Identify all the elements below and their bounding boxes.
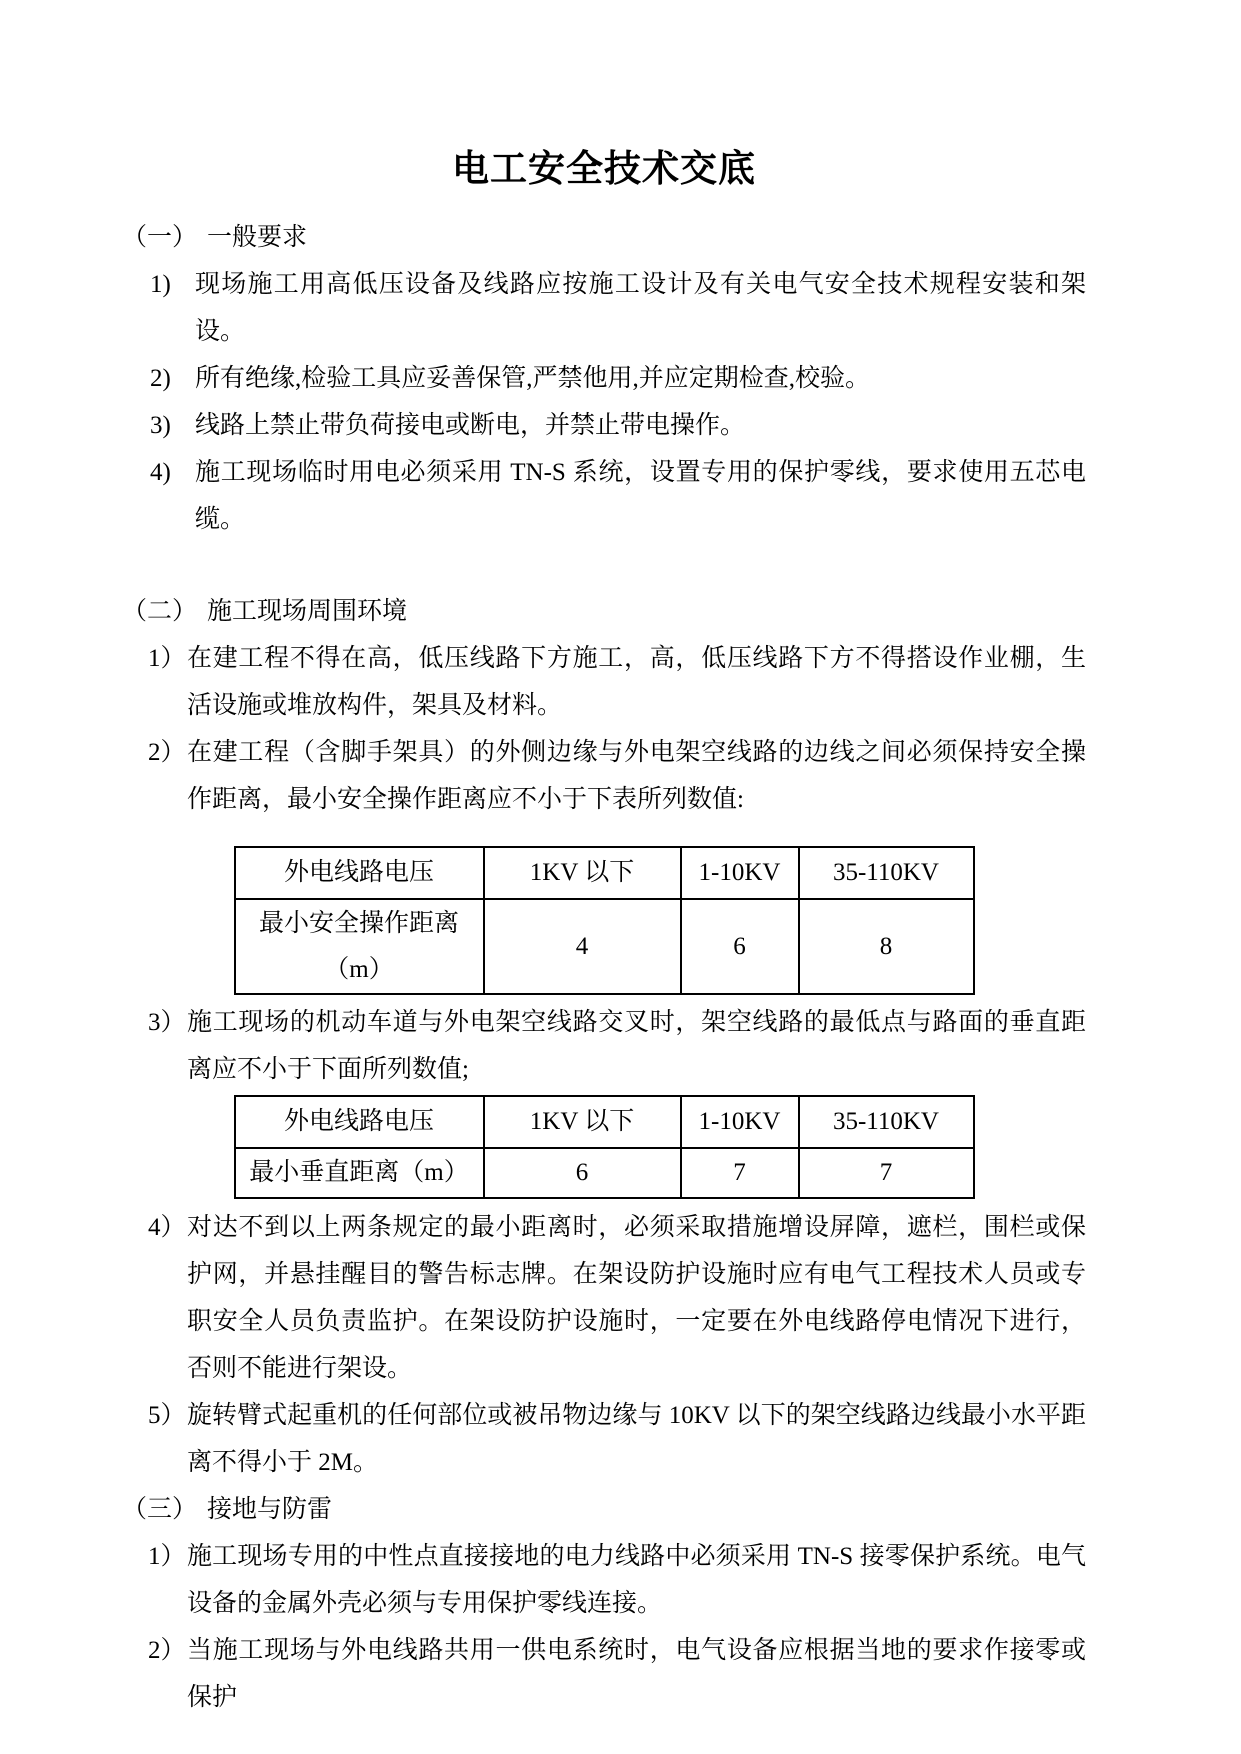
- item-number: 1）: [148, 635, 186, 682]
- section-title: 施工现场周围环境: [207, 598, 407, 625]
- table-cell: 6: [484, 1148, 681, 1198]
- list-item: 4) 施工现场临时用电必须采用 TN-S 系统，设置专用的保护零线，要求使用五芯…: [122, 449, 1086, 543]
- list-item: 2） 当施工现场与外电线路共用一供电系统时，电气设备应根据当地的要求作接零或保护: [122, 1627, 1086, 1721]
- table-header-cell: 35-110KV: [799, 847, 974, 899]
- item-number: 3）: [148, 999, 186, 1046]
- table-header-cell: 35-110KV: [799, 1096, 974, 1148]
- item-text: 所有绝缘,检验工具应妥善保管,严禁他用,并应定期检查,校验。: [195, 365, 870, 392]
- section-number: （一）: [122, 224, 197, 251]
- table-header-cell: 外电线路电压: [235, 847, 484, 899]
- min-vertical-distance-table: 外电线路电压 1KV 以下 1-10KV 35-110KV 最小垂直距离（m） …: [234, 1095, 975, 1199]
- section-heading-grounding-lightning: （三）接地与防雷: [122, 1486, 1086, 1533]
- table-row: 最小安全操作距离 （m） 4 6 8: [235, 899, 974, 994]
- table-cell: 6: [681, 899, 799, 994]
- table-row: 最小垂直距离（m） 6 7 7: [235, 1148, 974, 1198]
- section-title: 接地与防雷: [207, 1496, 332, 1523]
- table-header-cell: 1-10KV: [681, 1096, 799, 1148]
- table-header-cell: 1-10KV: [681, 847, 799, 899]
- item-number: 2）: [148, 729, 186, 776]
- list-item: 3） 施工现场的机动车道与外电架空线路交叉时，架空线路的最低点与路面的垂直距离应…: [122, 999, 1086, 1093]
- item-text: 对达不到以上两条规定的最小距离时，必须采取措施增设屏障，遮栏，围栏或保护网，并悬…: [187, 1214, 1086, 1382]
- document-title: 电工安全技术交底: [122, 0, 1086, 196]
- table-cell: 4: [484, 899, 681, 994]
- table-cell: 最小垂直距离（m）: [235, 1148, 484, 1198]
- item-text: 在建工程（含脚手架具）的外侧边缘与外电架空线路的边线之间必须保持安全操作距离，最…: [187, 739, 1086, 813]
- section-heading-general-requirements: （一）一般要求: [122, 214, 1086, 261]
- item-number: 1): [150, 261, 171, 308]
- section-title: 一般要求: [207, 224, 307, 251]
- list-item: 2） 在建工程（含脚手架具）的外侧边缘与外电架空线路的边线之间必须保持安全操作距…: [122, 729, 1086, 823]
- item-text: 施工现场专用的中性点直接接地的电力线路中必须采用 TN-S 接零保护系统。电气设…: [187, 1543, 1086, 1617]
- section-number: （二）: [122, 598, 197, 625]
- section-heading-site-environment: （二）施工现场周围环境: [122, 588, 1086, 635]
- item-text: 旋转臂式起重机的任何部位或被吊物边缘与 10KV 以下的架空线路边线最小水平距离…: [187, 1402, 1086, 1476]
- table-header-cell: 1KV 以下: [484, 847, 681, 899]
- list-item: 1) 现场施工用高低压设备及线路应按施工设计及有关电气安全技术规程安装和架设。: [122, 261, 1086, 355]
- table-header-cell: 1KV 以下: [484, 1096, 681, 1148]
- list-item: 1） 在建工程不得在高，低压线路下方施工，高，低压线路下方不得搭设作业棚，生活设…: [122, 635, 1086, 729]
- item-text: 施工现场临时用电必须采用 TN-S 系统，设置专用的保护零线，要求使用五芯电缆。: [195, 459, 1086, 533]
- item-number: 5）: [148, 1392, 186, 1439]
- list-item: 3) 线路上禁止带负荷接电或断电，并禁止带电操作。: [122, 402, 1086, 449]
- item-text: 现场施工用高低压设备及线路应按施工设计及有关电气安全技术规程安装和架设。: [195, 271, 1086, 345]
- item-number: 4）: [148, 1204, 186, 1251]
- list-item: 4） 对达不到以上两条规定的最小距离时，必须采取措施增设屏障，遮栏，围栏或保护网…: [122, 1204, 1086, 1392]
- item-number: 2): [150, 355, 171, 402]
- list-item: 2) 所有绝缘,检验工具应妥善保管,严禁他用,并应定期检查,校验。: [122, 355, 1086, 402]
- item-text: 当施工现场与外电线路共用一供电系统时，电气设备应根据当地的要求作接零或保护: [187, 1637, 1086, 1711]
- list-item: 5） 旋转臂式起重机的任何部位或被吊物边缘与 10KV 以下的架空线路边线最小水…: [122, 1392, 1086, 1486]
- table-header-row: 外电线路电压 1KV 以下 1-10KV 35-110KV: [235, 1096, 974, 1148]
- table-header-cell: 外电线路电压: [235, 1096, 484, 1148]
- item-text: 施工现场的机动车道与外电架空线路交叉时，架空线路的最低点与路面的垂直距离应不小于…: [187, 1009, 1086, 1083]
- section-number: （三）: [122, 1496, 197, 1523]
- item-number: 2）: [148, 1627, 186, 1674]
- item-number: 3): [150, 402, 171, 449]
- table-cell: 7: [799, 1148, 974, 1198]
- table-cell: 最小安全操作距离 （m）: [235, 899, 484, 994]
- item-text: 线路上禁止带负荷接电或断电，并禁止带电操作。: [195, 412, 745, 439]
- table-cell: 7: [681, 1148, 799, 1198]
- item-text: 在建工程不得在高，低压线路下方施工，高，低压线路下方不得搭设作业棚，生活设施或堆…: [187, 645, 1086, 719]
- table-header-row: 外电线路电压 1KV 以下 1-10KV 35-110KV: [235, 847, 974, 899]
- item-number: 1）: [148, 1533, 186, 1580]
- item-number: 4): [150, 449, 171, 496]
- document-page: 电工安全技术交底 （一）一般要求 1) 现场施工用高低压设备及线路应按施工设计及…: [0, 0, 1241, 1754]
- min-safe-operating-distance-table: 外电线路电压 1KV 以下 1-10KV 35-110KV 最小安全操作距离 （…: [234, 846, 975, 995]
- list-item: 1） 施工现场专用的中性点直接接地的电力线路中必须采用 TN-S 接零保护系统。…: [122, 1533, 1086, 1627]
- table-cell: 8: [799, 899, 974, 994]
